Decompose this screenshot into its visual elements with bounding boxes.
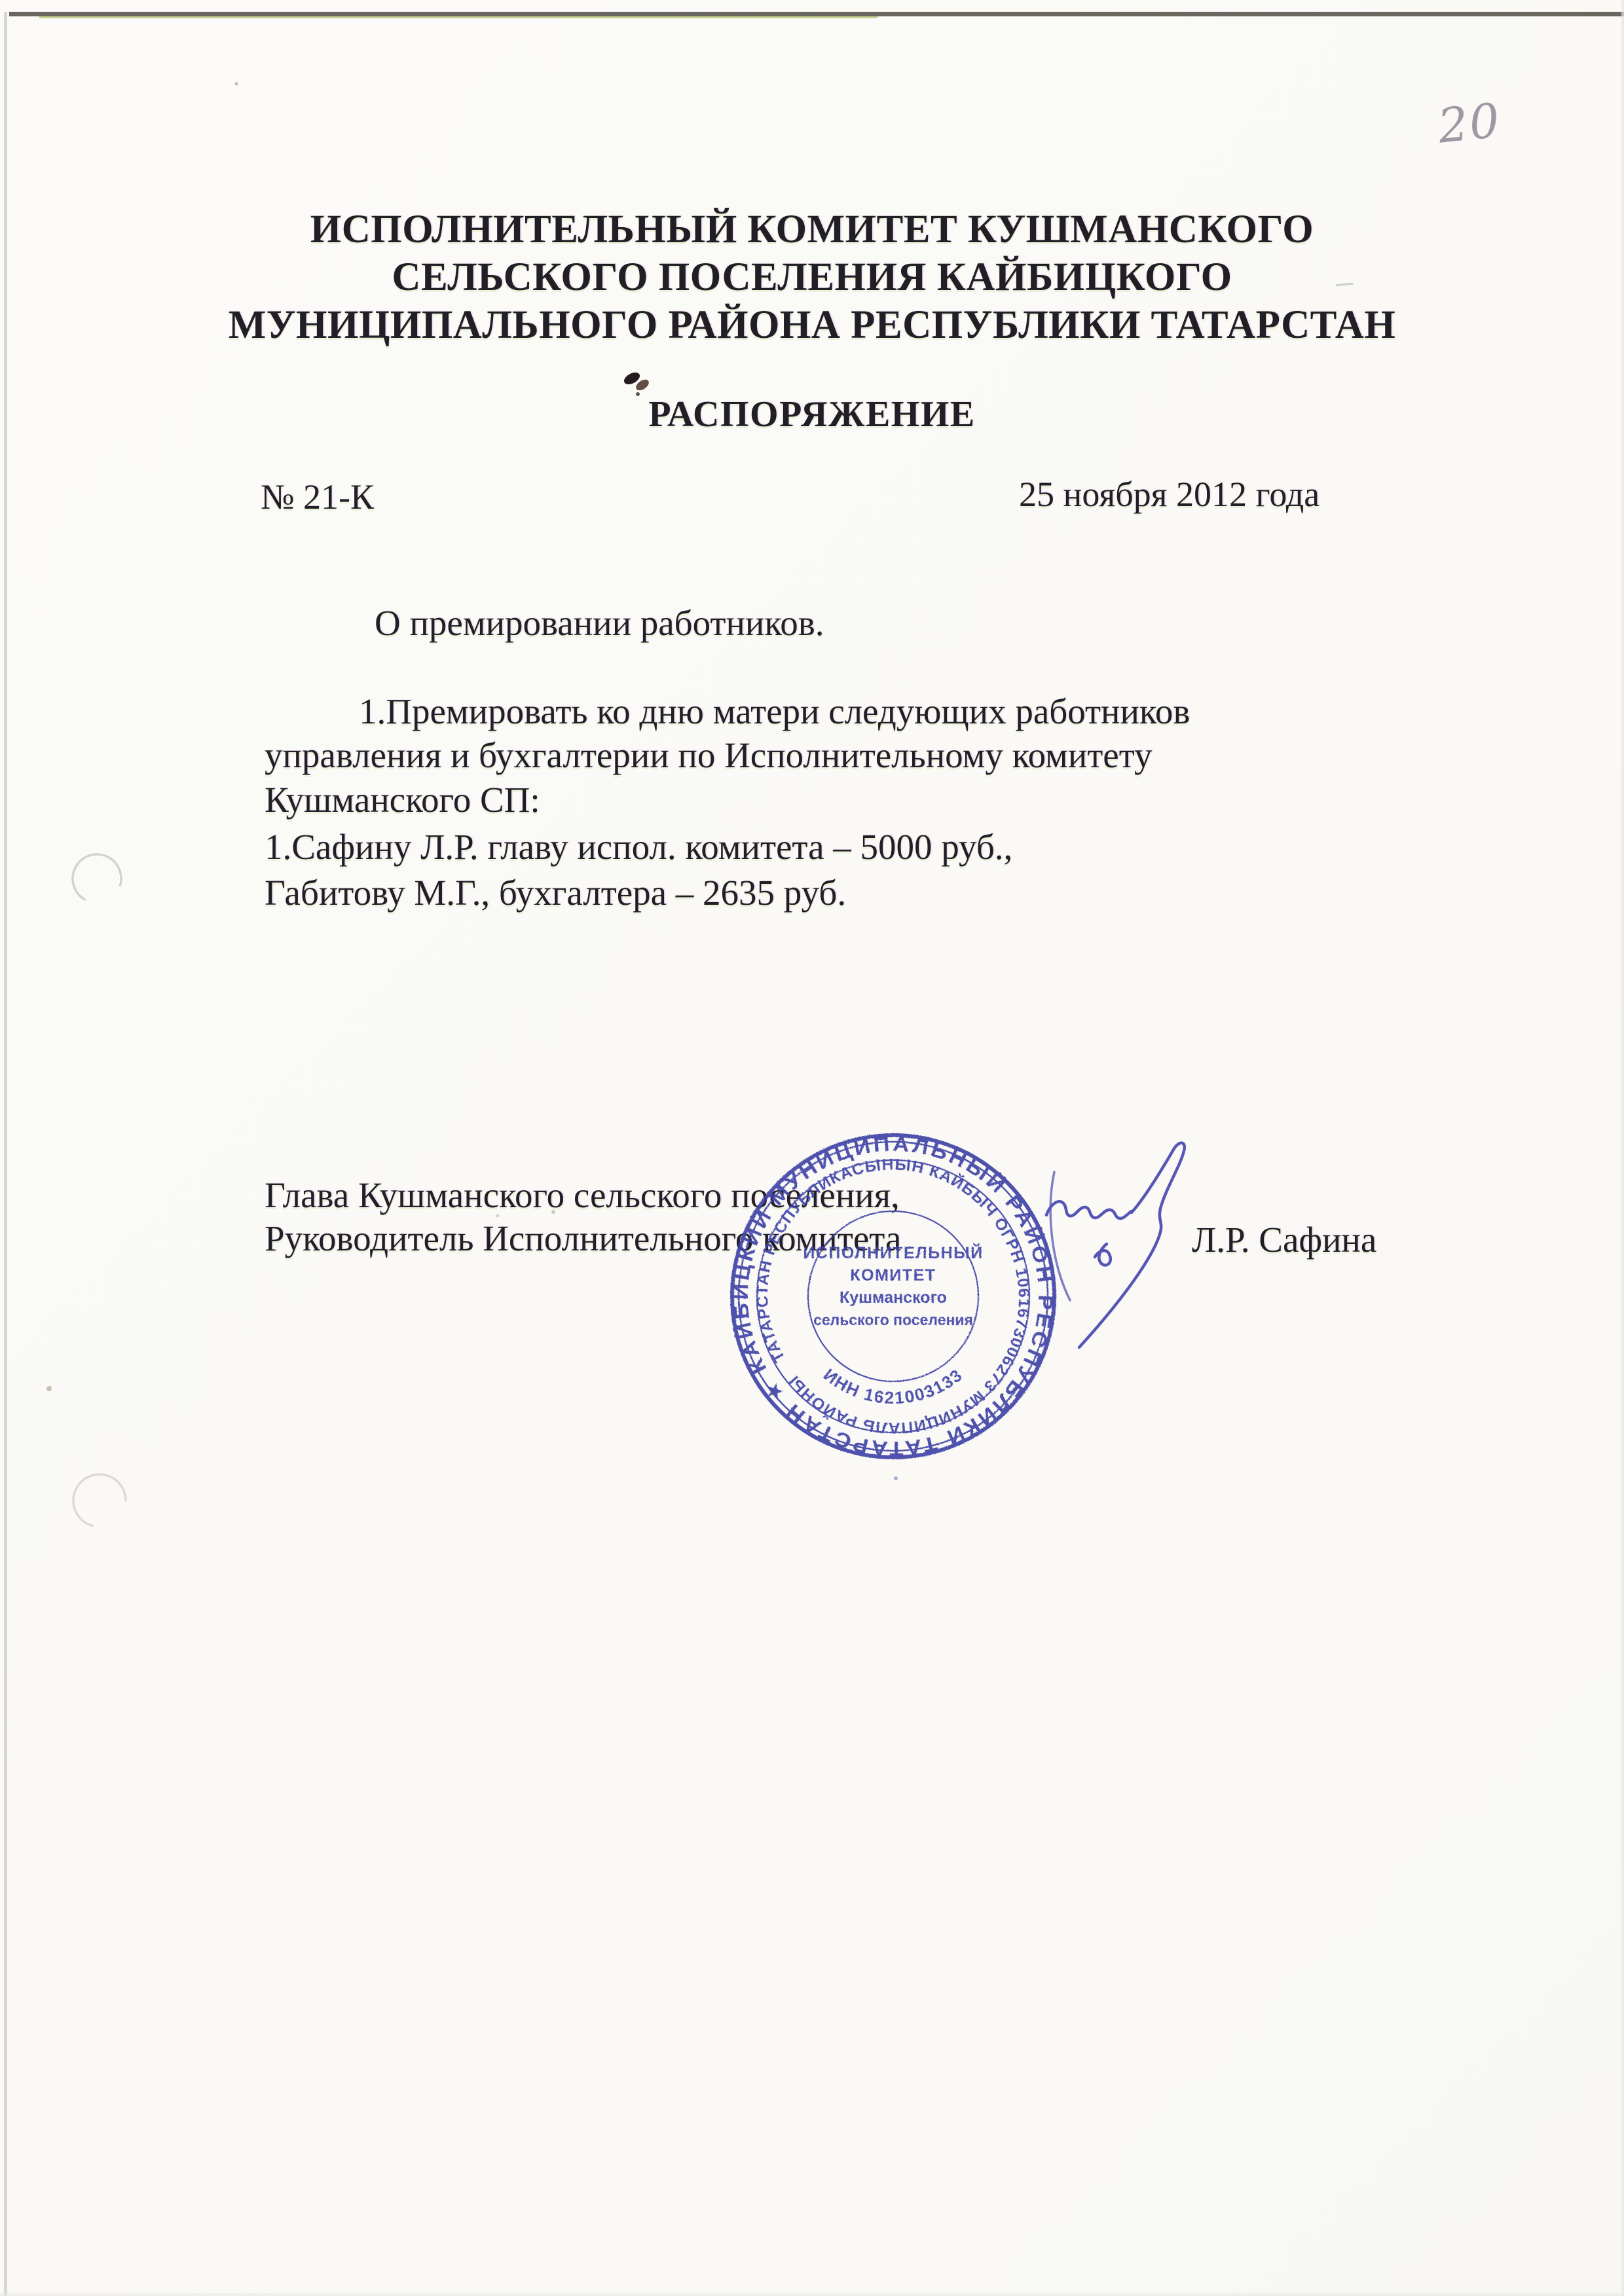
stamp-inn-text: ИНН 1621003133 xyxy=(820,1364,967,1408)
body-line-1: 1.Премировать ко дню матери следующих ра… xyxy=(359,691,1190,732)
punch-hole-shadow-lower xyxy=(68,1469,132,1533)
org-letterhead-line3: МУНИЦИПАЛЬНОГО РАЙОНА РЕСПУБЛИКИ ТАТАРСТ… xyxy=(190,301,1434,349)
stamp-center-line2: КОМИТЕТ xyxy=(850,1266,936,1285)
stamp-center-line1: ИСПОЛНИТЕЛЬНЫЙ xyxy=(803,1243,983,1262)
ink-blot xyxy=(622,370,651,396)
body-line-4: 1.Сафину Л.Р. главу испол. комитета – 50… xyxy=(265,826,1012,867)
signature-humps-stroke xyxy=(1046,1201,1132,1218)
official-round-stamp: КАЙБИЦКИЙ МУНИЦИПАЛЬНЫЙ РАЙОН РЕСПУБЛИКИ… xyxy=(729,1133,1057,1460)
signature-loop-stroke xyxy=(1079,1143,1185,1347)
punch-hole-shadow-upper xyxy=(64,846,130,911)
org-letterhead-line1: ИСПОЛНИТЕЛЬНЫЙ КОМИТЕТ КУШМАНСКОГО xyxy=(190,206,1434,253)
document-date: 25 ноября 2012 года xyxy=(1019,474,1319,515)
handwritten-page-number: 20 xyxy=(1435,92,1504,154)
document-number: № 21-К xyxy=(261,477,374,517)
scanned-document-page: 20 ИСПОЛНИТЕЛЬНЫЙ КОМИТЕТ КУШМАНСКОГО СЕ… xyxy=(0,0,1624,2296)
org-letterhead: ИСПОЛНИТЕЛЬНЫЙ КОМИТЕТ КУШМАНСКОГО СЕЛЬС… xyxy=(190,206,1434,349)
signature-curl-stroke xyxy=(1095,1244,1111,1265)
body-line-3: Кушманского СП: xyxy=(265,779,540,820)
pen-signature xyxy=(1012,1106,1234,1388)
stamp-center-line4: сельского поселения xyxy=(813,1311,973,1328)
document-type-title: РАСПОРЯЖЕНИЕ xyxy=(190,393,1434,435)
svg-text:ИНН 1621003133: ИНН 1621003133 xyxy=(820,1364,967,1408)
stamp-center-line3: Кушманского xyxy=(840,1288,947,1307)
body-line-5: Габитову М.Г., бухгалтера – 2635 руб. xyxy=(265,872,846,913)
document-subject: О премировании работников. xyxy=(375,602,824,644)
signature-left-stroke xyxy=(1050,1172,1070,1300)
org-letterhead-line2: СЕЛЬСКОГО ПОСЕЛЕНИЯ КАЙБИЦКОГО xyxy=(190,253,1434,301)
body-line-2: управления и бухгалтерии по Исполнительн… xyxy=(265,735,1153,776)
